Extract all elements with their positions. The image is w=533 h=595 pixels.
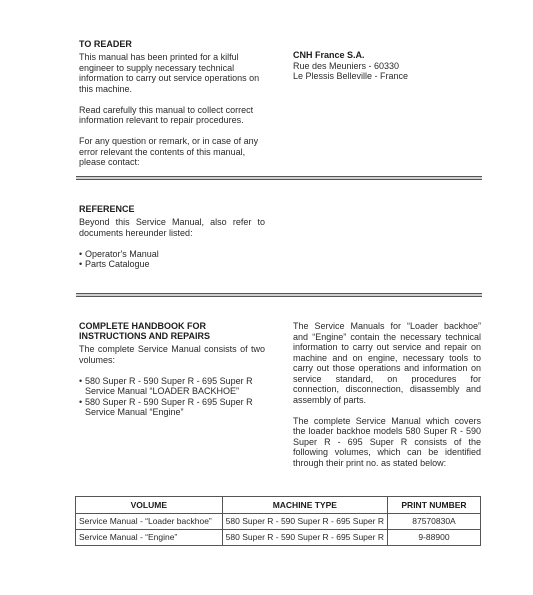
volume-cell: Service Manual - “Engine”: [76, 530, 223, 546]
to-reader-paragraph: Read carefully this manual to collect co…: [79, 105, 265, 126]
reference-item: Parts Catalogue: [79, 259, 265, 270]
handbook-volumes-note: The complete Service Manual which covers…: [293, 416, 481, 469]
to-reader-paragraph: This manual has been printed for a kilfu…: [79, 52, 265, 94]
reference-list: Operator's Manual Parts Catalogue: [79, 249, 265, 270]
reference-heading: REFERENCE: [79, 204, 265, 214]
table-header-row: VOLUME MACHINE TYPE PRINT NUMBER: [76, 497, 481, 514]
reference-item: Operator's Manual: [79, 249, 265, 260]
handbook-description: The Service Manuals for “Loader backhoe”…: [293, 321, 481, 405]
to-reader-paragraph: For any question or remark, or in case o…: [79, 136, 265, 168]
machine-type-cell: 580 Super R - 590 Super R - 695 Super R: [222, 514, 387, 530]
handbook-item: 580 Super R - 590 Super R - 695 Super R …: [79, 376, 265, 397]
volumes-table: VOLUME MACHINE TYPE PRINT NUMBER Service…: [75, 496, 481, 546]
handbook-list: 580 Super R - 590 Super R - 695 Super R …: [79, 376, 265, 418]
contact-city: Le Plessis Belleville - France: [293, 71, 483, 82]
column-header-volume: VOLUME: [76, 497, 223, 514]
section-divider: [76, 176, 482, 180]
contact-address: CNH France S.A. Rue des Meuniers - 60330…: [293, 50, 483, 82]
handbook-right-column: The Service Manuals for “Loader backhoe”…: [293, 321, 481, 479]
table-row: Service Manual - “Loader backhoe” 580 Su…: [76, 514, 481, 530]
to-reader-section: TO READER This manual has been printed f…: [79, 39, 265, 178]
handbook-section: COMPLETE HANDBOOK FOR INSTRUCTIONS AND R…: [79, 321, 265, 418]
reference-section: REFERENCE Beyond this Service Manual, al…: [79, 204, 265, 270]
column-header-machine-type: MACHINE TYPE: [222, 497, 387, 514]
volume-cell: Service Manual - “Loader backhoe”: [76, 514, 223, 530]
section-divider: [76, 293, 482, 297]
table-row: Service Manual - “Engine” 580 Super R - …: [76, 530, 481, 546]
handbook-heading: COMPLETE HANDBOOK FOR INSTRUCTIONS AND R…: [79, 321, 265, 341]
handbook-intro: The complete Service Manual consists of …: [79, 344, 265, 365]
machine-type-cell: 580 Super R - 590 Super R - 695 Super R: [222, 530, 387, 546]
print-number-cell: 87570830A: [387, 514, 480, 530]
handbook-item: 580 Super R - 590 Super R - 695 Super R …: [79, 397, 265, 418]
contact-street: Rue des Meuniers - 60330: [293, 61, 483, 72]
reference-intro: Beyond this Service Manual, also refer t…: [79, 217, 265, 238]
print-number-cell: 9-88900: [387, 530, 480, 546]
column-header-print-number: PRINT NUMBER: [387, 497, 480, 514]
contact-company: CNH France S.A.: [293, 50, 483, 61]
to-reader-heading: TO READER: [79, 39, 265, 49]
